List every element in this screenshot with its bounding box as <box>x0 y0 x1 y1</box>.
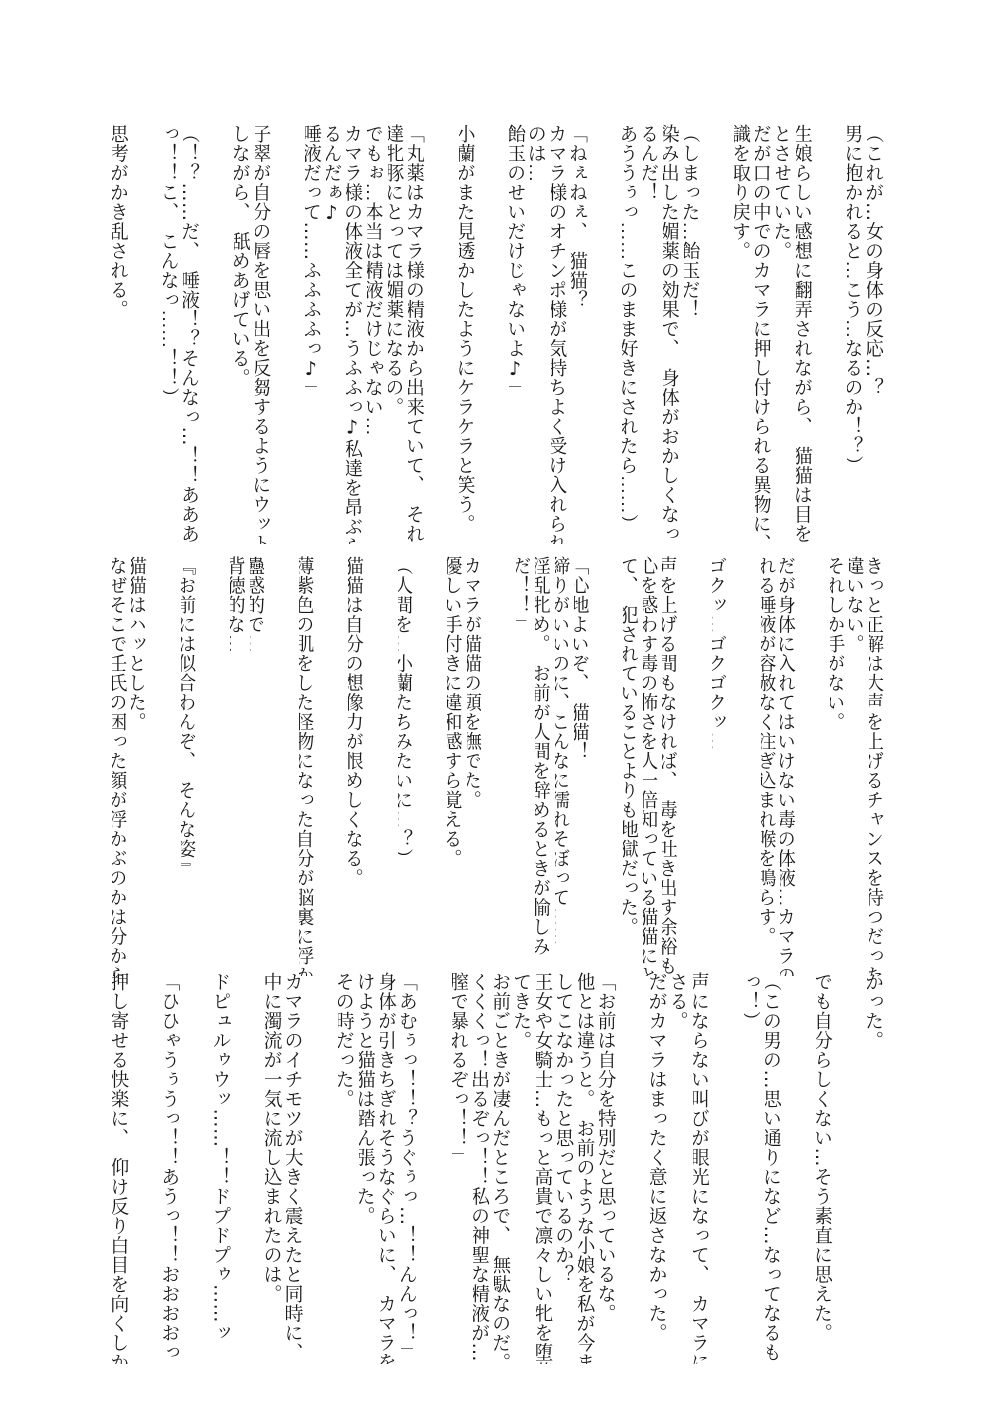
text-line: 猫猫はハッとした。 <box>131 556 150 976</box>
text-line: るんだ！ <box>643 124 664 544</box>
text-line: のは… <box>530 124 551 544</box>
paragraph-gap <box>714 972 744 1364</box>
text-line: 身体が引きちぎれそうなぐらいに、 カマラを押しの <box>380 972 401 1364</box>
text-line: それしか手がない。 <box>830 556 849 976</box>
text-line: でもぉ…本当は精液だけじゃない… <box>367 124 388 544</box>
text-line: 締りがいいのに、こんなに濡れそぼって…… <box>555 556 574 976</box>
text-line: 子翠が自分の唇を思い出を反芻するようにウットリ <box>255 124 276 544</box>
text-line: くくくっ！出るぞっ！！私の神聖な精液が…お前の <box>473 972 494 1364</box>
paragraph-gap <box>593 556 623 976</box>
paragraph-gap <box>479 124 509 544</box>
text-line: 心を惑わす毒の怖さを人一倍知っている猫猫にとっ <box>643 556 662 976</box>
text-line: ゴクッ…ゴクゴクッ… <box>712 556 731 976</box>
paragraph-gap <box>682 556 712 976</box>
text-line: だがカマラはまったく意に返さなかった。 <box>650 972 671 1364</box>
text-line: カマラのイチモツが大きく震えたと同時に、 お腹の <box>286 972 307 1364</box>
paragraph-gap <box>133 972 163 1364</box>
text-line: とさせていた。 <box>776 124 797 544</box>
text-line: だが口の中でのカマラに押し付けられる異物に、 意 <box>755 124 776 544</box>
text-line: 生娘らしい感想に翻弄されながら、 猫猫は目を白黒 <box>796 124 817 544</box>
text-line: て、 犯されていることよりも地獄だった。 <box>623 556 642 976</box>
text-line: 猫猫は自分の想像力が恨めしくなる。 <box>348 556 367 976</box>
paragraph-gap <box>837 972 867 1364</box>
text-line: カマラ様のオチンポ様が気持ちよく受け入れられた <box>551 124 572 544</box>
paragraph-gap <box>417 556 447 976</box>
paragraph-gap <box>422 972 452 1364</box>
paragraph-gap <box>800 556 830 976</box>
paragraph-gap <box>592 124 622 544</box>
text-line: （！？……だ、 唾液！？そんなっ…！！あああ <box>183 124 204 544</box>
text-line: っ！！こ、 こんなっ……！！） <box>163 124 184 544</box>
text-line: 「心地よいぞ、 猫猫！ <box>574 556 593 976</box>
text-line: 「お前は自分を特別だと思っているな。 <box>599 972 620 1364</box>
paragraph-gap <box>620 972 650 1364</box>
text-line: ドピュルゥウッ……！！ドプドプゥ……ッ <box>214 972 235 1364</box>
paragraph-gap <box>269 556 299 976</box>
text-line: （これが…女の身体の反応…？ <box>867 124 888 544</box>
paragraph-gap <box>486 556 516 976</box>
text-line: （人間を…小蘭たちみたいに…？） <box>398 556 417 976</box>
paragraph-gap <box>235 972 265 1364</box>
text-line: その時だった。 <box>338 972 359 1364</box>
text-line: っ！） <box>744 972 765 1364</box>
paragraph-gap <box>275 124 305 544</box>
text-line: 声にならない叫びが眼光になって、 カマラに突き刺 <box>693 972 714 1364</box>
text-line: さる。 <box>672 972 693 1364</box>
text-line: 小蘭がまた見透かしたようにケラケラと笑う。 <box>459 124 480 544</box>
text-line: てきた。 <box>515 972 536 1364</box>
text-line: 思考がかき乱される。 <box>112 124 133 544</box>
text-line: 男に抱かれると…こう…なるのか！？） <box>847 124 868 544</box>
paragraph-gap <box>368 556 398 976</box>
text-tier-bottom: かった。でも自分らしくない…そう素直に思えた。（この男の…思い通りになど…なって… <box>112 972 888 1364</box>
text-line: だが身体に入れてはいけない毒の体液…カマラの溢 <box>780 556 799 976</box>
paragraph-gap <box>786 972 816 1364</box>
text-line: 識を取り戻す。 <box>734 124 755 544</box>
text-line: かった。 <box>867 972 888 1364</box>
text-line: してこなかったと思っているのか？ <box>557 972 578 1364</box>
text-line: （しまった…飴玉だ！ <box>684 124 705 544</box>
text-line: なぜそこで壬氏の困った顔が浮かぶのかは分からな <box>112 556 131 976</box>
paragraph-gap <box>318 556 348 976</box>
text-line: 優しい手付きに違和感すら覚える。 <box>447 556 466 976</box>
text-line: 「丸薬はカマラ様の精液から出来ていて、 それは私 <box>408 124 429 544</box>
text-line: カマラが猫猫の頭を撫でた。 <box>467 556 486 976</box>
novel-page: （これが…女の身体の反応…？男に抱かれると…こう…なるのか！？）生娘らしい感想に… <box>0 0 1000 1413</box>
text-line: 背徳的な… <box>230 556 249 976</box>
text-line: きっと正解は大声を上げるチャンスを待つだったに <box>869 556 888 976</box>
text-line: だ！！」 <box>516 556 535 976</box>
text-line: 王女や女騎士…もっと高貴で凛々しい牝を堕落させ <box>536 972 557 1364</box>
text-line: 蠱惑的で… <box>250 556 269 976</box>
text-line: 唾液だって……ふふふふっ♪」 <box>305 124 326 544</box>
text-line: けようと猫猫は踏ん張った。 <box>359 972 380 1364</box>
text-line: 膣で暴れるぞっ！！」 <box>452 972 473 1364</box>
paragraph-gap <box>731 556 761 976</box>
text-line: 声を上げる間もなければ、 毒を吐き出す余裕もない。 <box>662 556 681 976</box>
text-tier-top: （これが…女の身体の反応…？男に抱かれると…こう…なるのか！？）生娘らしい感想に… <box>112 124 888 544</box>
text-line: 淫乱牝め。 お前が人間を辞めるときが愉しみ <box>535 556 554 976</box>
text-line: 薄紫色の肌をした怪物になった自分が脳裏に浮かぶ。 <box>299 556 318 976</box>
paragraph-gap <box>817 124 847 544</box>
text-line: るんだぁ♪ <box>326 124 347 544</box>
text-line: お前ごときが凄んだところで、 無駄なのだ。 <box>494 972 515 1364</box>
text-line: 押し寄せる快楽に、 仰け反り白目を向くしかない <box>112 972 133 1364</box>
text-line: しながら、 舐めあげている。 <box>234 124 255 544</box>
text-line: 『お前には似合わんぞ、 そんな姿』 <box>181 556 200 976</box>
paragraph-gap <box>308 972 338 1364</box>
text-line: 「ねぇねぇ、 猫猫？ <box>571 124 592 544</box>
text-line: れる唾液が容赦なく注ぎ込まれ喉を鳴らす。 <box>761 556 780 976</box>
text-line: 「あむぅっ！！？うぐぅっ…！！んんっ！」 <box>401 972 422 1364</box>
text-line: 他とは違うと。 お前のような小娘を私が今まで堕と <box>578 972 599 1364</box>
paragraph-gap <box>204 124 234 544</box>
text-line: カマラ様の体液全てが…うふふっ♪私達を昂ぶらせ <box>346 124 367 544</box>
text-line: 違いない。 <box>849 556 868 976</box>
text-line: 染み出した媚薬の効果で、 身体がおかしくなってい <box>663 124 684 544</box>
text-line: 中に濁流が一気に流し込まれたのは。 <box>265 972 286 1364</box>
text-line: あううぅっ……このまま好きにされたら……） <box>622 124 643 544</box>
paragraph-gap <box>184 972 214 1364</box>
text-line: 達牝豚にとっては媚薬になるの。 <box>388 124 409 544</box>
paragraph-gap <box>151 556 181 976</box>
text-tier-middle: きっと正解は大声を上げるチャンスを待つだったに違いない。それしか手がない。だが身… <box>112 556 888 976</box>
text-line: 飴玉のせいだけじゃないよ♪」 <box>509 124 530 544</box>
paragraph-gap <box>704 124 734 544</box>
paragraph-gap <box>429 124 459 544</box>
paragraph-gap <box>133 124 163 544</box>
text-line: でも自分らしくない…そう素直に思えた。 <box>816 972 837 1364</box>
text-line: 「ひひゃうぅうっ！！あうっ！！おおおおっ」 <box>163 972 184 1364</box>
text-line: （この男の…思い通りになど…なってなるものか <box>765 972 786 1364</box>
paragraph-gap <box>200 556 230 976</box>
